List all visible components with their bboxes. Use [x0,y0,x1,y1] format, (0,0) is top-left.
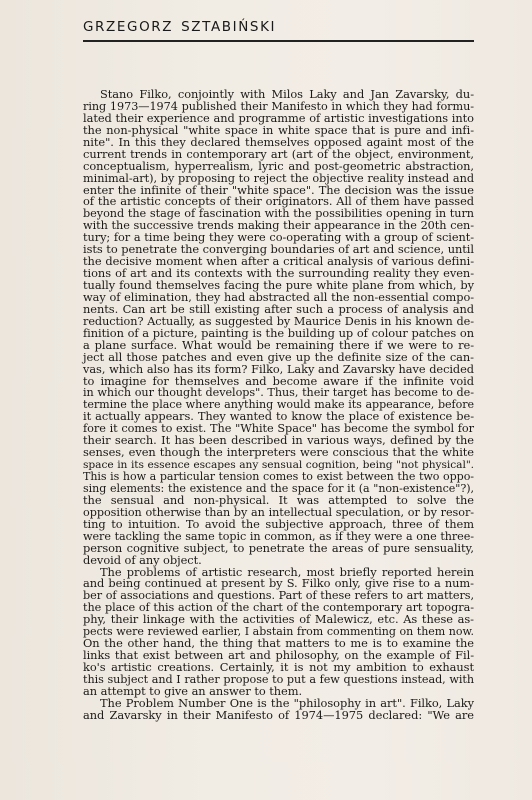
document-page: GRZEGORZSZTABIŃSKI Stano Filko, conjoint… [0,0,532,800]
header-rule [83,40,474,42]
author-name: GRZEGORZSZTABIŃSKI [83,19,474,35]
text-line: and Zavarsky in their Manifesto of 1974—… [83,710,474,722]
article-body: Stano Filko, conjointly with Milos Laky … [83,89,474,722]
author-first-name: GRZEGORZ [83,19,173,35]
text-line: conceptualism, hyperrealism, lyric and p… [83,161,474,173]
text-line: ting to intuition. To avoid the subjecti… [83,519,474,531]
author-last-name: SZTABIŃSKI [181,19,276,35]
running-header: GRZEGORZSZTABIŃSKI [83,19,474,35]
